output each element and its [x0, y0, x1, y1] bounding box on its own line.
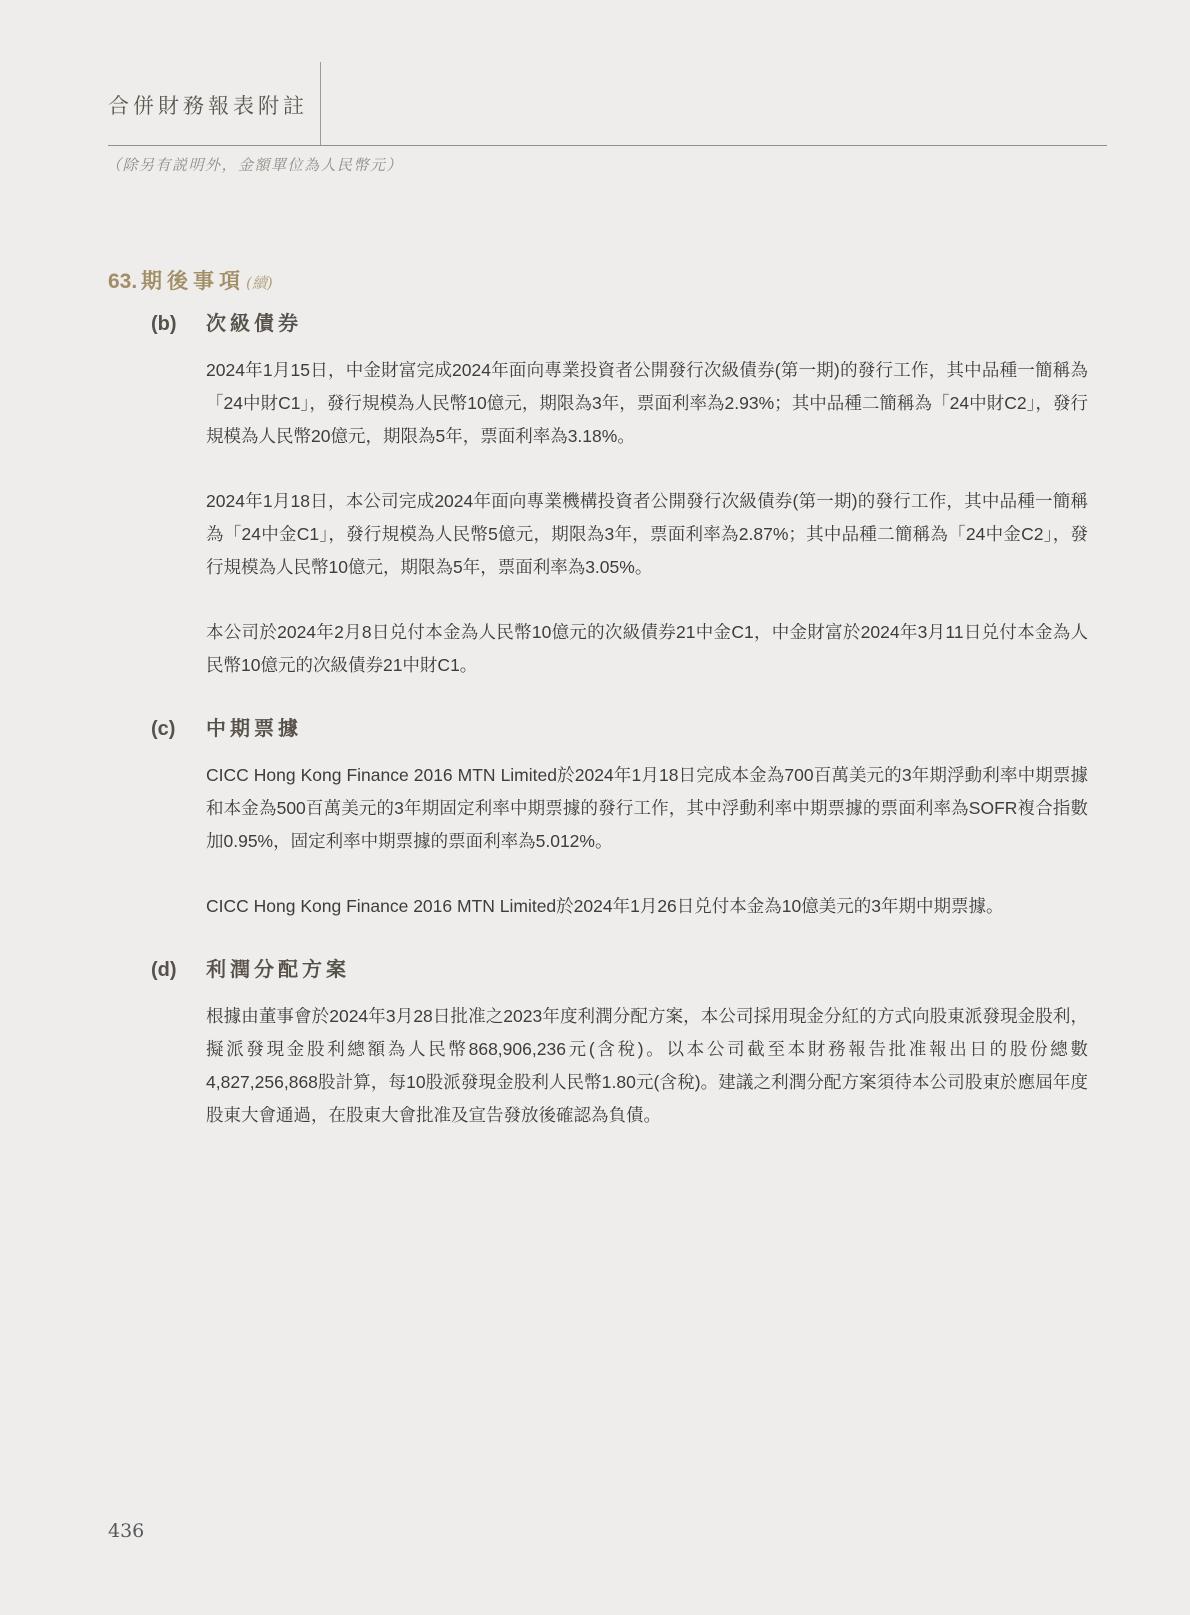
paragraph: 2024年1月15日，中金財富完成2024年面向專業投資者公開發行次級債券(第一… — [206, 354, 1088, 453]
subsection-c-title: 中期票據 — [206, 716, 302, 743]
subsection-c-heading: (c) 中期票據 — [108, 716, 1088, 743]
subsection-c: (c) 中期票據 CICC Hong Kong Finance 2016 MTN… — [108, 716, 1088, 923]
subsection-d-heading: (d) 利潤分配方案 — [108, 957, 1088, 984]
subsection-c-label: (c) — [151, 716, 206, 743]
subsection-b-title: 次級債券 — [206, 311, 302, 338]
subsection-b-heading: (b) 次級債券 — [108, 311, 1088, 338]
document-title: 合併財務報表附註 — [108, 90, 308, 120]
subsection-b: (b) 次級債券 2024年1月15日，中金財富完成2024年面向專業投資者公開… — [108, 311, 1088, 682]
section-number: 63. — [108, 268, 141, 296]
subsection-c-body: CICC Hong Kong Finance 2016 MTN Limited於… — [206, 759, 1088, 923]
document-subtitle: （除另有説明外，金額單位為人民幣元） — [106, 154, 403, 175]
section-title: 期後事項 — [141, 268, 245, 296]
section-continued-marker: (續) — [246, 269, 273, 297]
content-area: 63. 期後事項 (續) (b) 次級債券 2024年1月15日，中金財富完成2… — [108, 268, 1088, 1166]
page-number: 436 — [108, 1520, 144, 1542]
paragraph: 根據由董事會於2024年3月28日批准之2023年度利潤分配方案，本公司採用現金… — [206, 1000, 1088, 1132]
subsection-b-label: (b) — [151, 311, 206, 338]
section-heading: 63. 期後事項 (續) — [108, 268, 1088, 297]
subsection-d-body: 根據由董事會於2024年3月28日批准之2023年度利潤分配方案，本公司採用現金… — [206, 1000, 1088, 1132]
paragraph: 2024年1月18日，本公司完成2024年面向專業機構投資者公開發行次級債券(第… — [206, 485, 1088, 584]
subsection-d-label: (d) — [151, 957, 206, 984]
subsection-b-body: 2024年1月15日，中金財富完成2024年面向專業投資者公開發行次級債券(第一… — [206, 354, 1088, 682]
header-vertical-divider — [320, 62, 321, 145]
subsection-d: (d) 利潤分配方案 根據由董事會於2024年3月28日批准之2023年度利潤分… — [108, 957, 1088, 1132]
document-page: 合併財務報表附註 （除另有説明外，金額單位為人民幣元） 63. 期後事項 (續)… — [0, 0, 1190, 1615]
subsection-d-title: 利潤分配方案 — [206, 957, 350, 984]
paragraph: 本公司於2024年2月8日兑付本金為人民幣10億元的次級債券21中金C1，中金財… — [206, 616, 1088, 682]
paragraph: CICC Hong Kong Finance 2016 MTN Limited於… — [206, 759, 1088, 858]
header-horizontal-rule — [108, 145, 1107, 146]
paragraph: CICC Hong Kong Finance 2016 MTN Limited於… — [206, 890, 1088, 923]
